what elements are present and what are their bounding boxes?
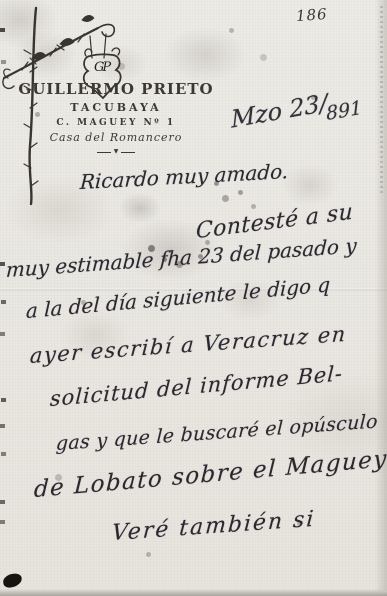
- handwritten-line-5: ayer escribí a Veracruz en: [29, 322, 347, 368]
- page-number: 186: [295, 5, 328, 25]
- date-month-day: Mzo 23/: [230, 89, 328, 134]
- bottom-scan-edge: [0, 589, 387, 596]
- handwritten-line-4: a la del día siguiente le digo q: [26, 272, 331, 323]
- edge-print-marks: [380, 6, 383, 196]
- handwritten-line-9: Veré también si: [111, 507, 316, 546]
- letterhead: GUILLERMO PRIETO TACUBAYA C. MAGUEY Nº 1…: [18, 80, 214, 155]
- handwritten-line-6: solicitud del informe Bel-: [49, 361, 343, 411]
- letterhead-tagline: Casa del Romancero: [18, 131, 214, 144]
- date-year: 891: [325, 97, 362, 125]
- letterhead-monogram: GP: [94, 60, 109, 75]
- ornament-line: [121, 152, 135, 153]
- letter-date: Mzo 23/891: [230, 82, 364, 133]
- ink-blot: [2, 572, 23, 589]
- letterhead-divider-ornament: ▼: [18, 149, 214, 155]
- letterhead-city: TACUBAYA: [18, 101, 214, 114]
- binding-edge-marks: [0, 0, 5, 4]
- letterhead-address: C. MAGUEY Nº 1: [18, 118, 214, 128]
- handwritten-line-8: de Lobato sobre el Maguey: [33, 446, 387, 503]
- letter-scan: GP GUILLERMO PRIETO TACUBAYA C. MAGUEY N…: [0, 0, 387, 596]
- ornament-fleuron-icon: ▼: [114, 149, 119, 155]
- ornament-line: [97, 152, 111, 153]
- letterhead-name: GUILLERMO PRIETO: [18, 80, 214, 98]
- handwritten-line-7: gas y que le buscaré el opúsculo: [55, 410, 378, 455]
